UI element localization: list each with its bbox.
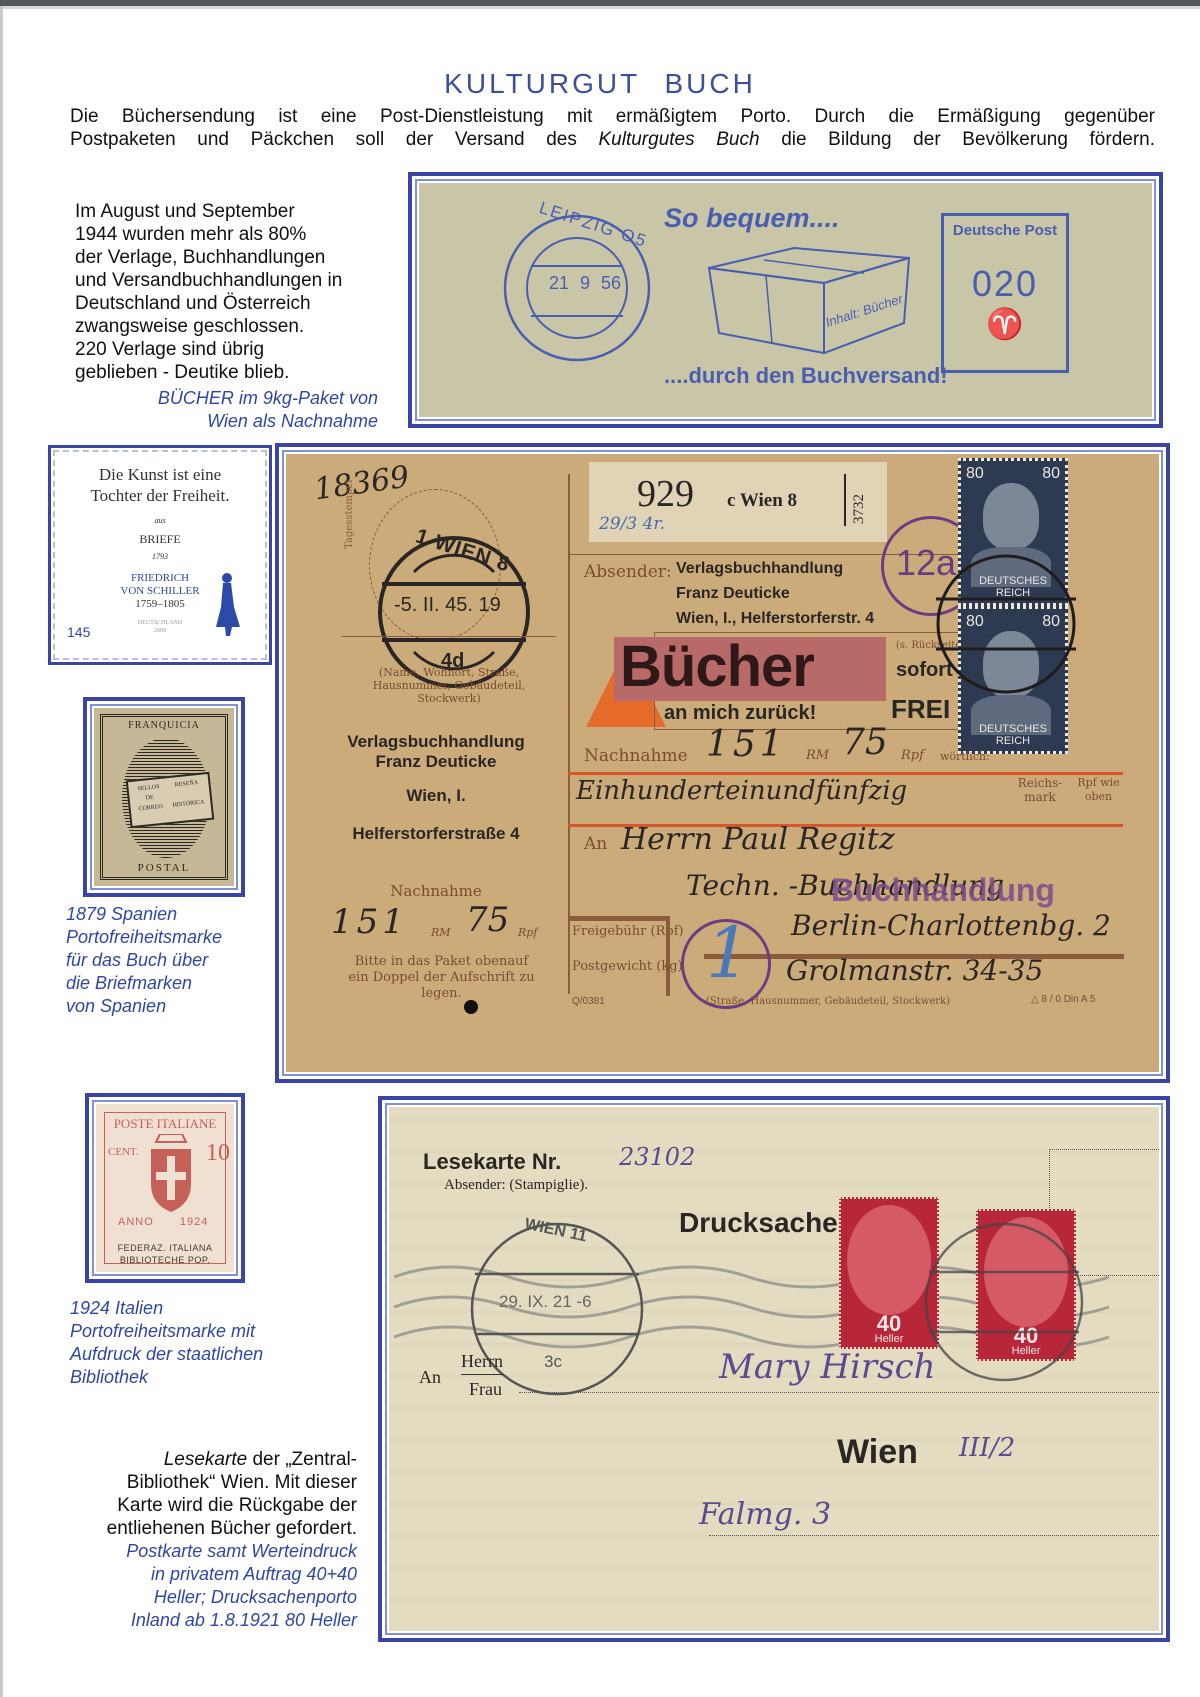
- slogan-bottom: ....durch den Buchversand!: [664, 363, 948, 389]
- buecher-label: Bücher: [614, 637, 886, 701]
- anno: ANNO: [118, 1216, 154, 1228]
- intro-line-2-b: die Bildung der Bevölkerung fördern.: [760, 129, 1155, 150]
- caption-line: Bibliothek: [70, 1366, 320, 1389]
- handwritten-number: 18369: [312, 460, 411, 508]
- caption-line: in privatem Auftrag 40+40: [65, 1563, 357, 1586]
- absender-block: Verlagsbuchhandlung Franz Deuticke Wien,…: [676, 556, 874, 631]
- sender-block: Verlagsbuchhandlung Franz Deuticke Wien,…: [316, 732, 556, 844]
- italy-overprint: FEDERAZ. ITALIANA BIBLIOTECHE POP.: [96, 1242, 234, 1266]
- lesekarte-title: Lesekarte Nr.: [423, 1149, 561, 1175]
- district-hand: III/2: [959, 1433, 1015, 1463]
- scan-top-shadow: [0, 6, 1200, 9]
- note-line: Karte wird die Rückgabe der: [65, 1494, 357, 1517]
- rm-label: RM: [431, 926, 451, 939]
- caption-line: Inland ab 1.8.1921 80 Heller: [65, 1609, 357, 1632]
- stamp-country: DEUTSCHES REICH: [961, 723, 1065, 747]
- label-divider: [844, 474, 846, 526]
- rpf-label: Rpf: [518, 926, 537, 939]
- italy-cent: CENT.: [108, 1146, 139, 1158]
- buchhandlung-stamp: Buchhandlung: [831, 872, 1055, 909]
- caption-line: BÜCHER im 9kg-Paket von: [60, 387, 378, 410]
- wien11-postmark-date: 29. IX. 21 -6: [499, 1292, 592, 1312]
- meter-value: 020: [944, 263, 1066, 305]
- spain-top: FRANQUICIA: [94, 720, 234, 731]
- parcel-note: Bitte in das Paket obenauf ein Doppel de…: [324, 954, 559, 1002]
- nachnahme-row-rm: 151: [706, 724, 787, 765]
- note-text: der „Zentral-: [247, 1449, 357, 1470]
- lesekarte-card-frame: Lesekarte Nr. 23102 Absender: (Stampigli…: [378, 1096, 1170, 1642]
- absender-label: Absender: (Stampiglie).: [444, 1177, 588, 1194]
- overprint-line: BIBLIOTECHE POP.: [96, 1254, 234, 1266]
- note-line: zwangsweise geschlossen.: [75, 315, 385, 338]
- note-closures: Im August und September 1944 wurden mehr…: [75, 200, 385, 384]
- nachnahme-amount-rpf: 75: [466, 900, 509, 940]
- din-code: △ 8 / 0 Din A 5: [1031, 994, 1095, 1005]
- lesekarte-note: Lesekarte der „Zentral- Bibliothek“ Wien…: [65, 1448, 357, 1632]
- rpf-label-2: Rpf: [901, 748, 924, 763]
- woertlich-label: wörtlich:: [940, 750, 990, 763]
- recipient-line-4: Grolmanstr. 34-35: [786, 954, 1043, 987]
- divider: [341, 636, 556, 637]
- an-label: An: [584, 834, 607, 854]
- note-line: 220 Verlage sind übrig: [75, 338, 385, 361]
- rpf-wie-oben: Rpf wie oben: [1071, 776, 1126, 804]
- absender-line: Verlagsbuchhandlung: [676, 556, 874, 581]
- caption-line: Portofreiheitsmarke mit: [70, 1320, 320, 1343]
- schiller-year: 1793: [57, 552, 263, 561]
- intro-emphasis: Kulturgutes Buch: [599, 129, 760, 150]
- sender-line: Wien, I.: [316, 786, 556, 806]
- note-paket-caption: BÜCHER im 9kg-Paket von Wien als Nachnah…: [60, 387, 378, 433]
- caption-line: von Spanien: [66, 995, 286, 1018]
- lesekarte-emphasis: Lesekarte: [164, 1449, 247, 1470]
- note-line: Im August und September: [75, 200, 385, 223]
- sender-line: Verlagsbuchhandlung: [316, 732, 556, 752]
- an-label: An: [419, 1367, 441, 1388]
- note-line: geblieben - Deutike blieb.: [75, 361, 385, 384]
- schiller-aus: aus: [57, 516, 263, 525]
- caption-line: Heller; Drucksachenporto: [65, 1586, 357, 1609]
- absender-label: Absender:: [584, 562, 672, 582]
- wien-postmark-date: -5. II. 45. 19: [394, 594, 501, 617]
- frau-label: Frau: [469, 1379, 502, 1400]
- savoy-shield-icon: [146, 1134, 196, 1214]
- street-line: [709, 1535, 1159, 1536]
- zurueck: an mich zurück!: [664, 702, 816, 725]
- brown-rule: [568, 916, 668, 921]
- stamp-cancel-postmark-icon: [926, 549, 1086, 699]
- meter-card: LEIPZIG O5 21 9 56 So bequem.... Inhalt:…: [419, 183, 1152, 417]
- italy-stamp-frame: POSTE ITALIANE CENT. 10 ANNO 1924 FEDERA…: [85, 1093, 245, 1283]
- brown-vrule: [666, 916, 670, 996]
- sender-line: Franz Deuticke: [316, 752, 556, 772]
- sender-caption: (Name, Wohnort, Straße, Hausnummer, Gebä…: [344, 666, 554, 705]
- note-line: und Versandbuchhandlungen in: [75, 269, 385, 292]
- posthorn-icon: ♈: [944, 307, 1066, 342]
- caption-line: Aufdruck der staatlichen: [70, 1343, 320, 1366]
- nachnahme-row-label: Nachnahme: [584, 746, 688, 766]
- italy-caption: 1924 Italien Portofreiheitsmarke mit Auf…: [70, 1297, 320, 1389]
- schiller-stamp-frame: Die Kunst ist eine Tochter der Freiheit.…: [48, 445, 272, 665]
- caption-line: für das Buch über: [66, 949, 286, 972]
- stamp-value-right: 80: [1042, 465, 1060, 483]
- spain-caption: 1879 Spanien Portofreiheitsmarke für das…: [66, 903, 286, 1018]
- schiller-stamp: Die Kunst ist eine Tochter der Freiheit.…: [57, 454, 263, 656]
- label-side-number: 3732: [851, 494, 868, 524]
- form-code: Q/0381: [572, 996, 605, 1007]
- wien11-postmark-code: 3c: [544, 1352, 562, 1372]
- italy-anno: ANNO 1924: [106, 1216, 234, 1228]
- note-line: der Verlage, Buchhandlungen: [75, 246, 385, 269]
- nachnahme-label: Nachnahme: [316, 882, 556, 900]
- note-line: legen.: [324, 986, 559, 1002]
- stamp-value-left: 80: [966, 465, 984, 483]
- intro-line-1: Die Büchersendung ist eine Post-Dienstle…: [70, 105, 1155, 128]
- address-caption: (Straße, Hausnummer, Gebäudeteil, Stockw…: [706, 996, 950, 1007]
- recipient-line-3: Berlin-Charlottenbg. 2: [791, 909, 1111, 942]
- intro-text: Die Büchersendung ist eine Post-Dienstle…: [70, 105, 1155, 151]
- label-office: c Wien 8: [727, 490, 797, 512]
- schiller-quote: Die Kunst ist eine Tochter der Freiheit.: [57, 464, 263, 506]
- orange-rule: [568, 772, 1123, 775]
- note-line: ein Doppel der Aufschrift zu: [324, 970, 559, 986]
- nachnahme-amount-rm: 151: [331, 902, 408, 942]
- overprint-line: FEDERAZ. ITALIANA: [96, 1242, 234, 1254]
- buecher-text: Bücher: [620, 633, 814, 700]
- quote-line: Tochter der Freiheit.: [57, 485, 263, 506]
- spain-stamp-frame: FRANQUICIA SELLOS DE CORREO RESEÑA HISTÓ…: [83, 697, 245, 897]
- italy-top: POSTE ITALIANE: [96, 1116, 234, 1132]
- intro-line-2-a: Postpaketen und Päckchen soll der Versan…: [70, 129, 599, 150]
- note-line: 1944 wurden mehr als 80%: [75, 223, 385, 246]
- amount-words: Einhunderteinundfünfzig: [576, 776, 907, 806]
- year: 1924: [180, 1216, 208, 1228]
- caption-line: Postkarte samt Werteindruck: [65, 1540, 357, 1563]
- note-line: Lesekarte der „Zentral-: [65, 1448, 357, 1471]
- portrait-icon: [983, 483, 1039, 549]
- tagesstempel-label: Tagesstempel: [344, 480, 355, 549]
- caption-line: die Briefmarken: [66, 972, 286, 995]
- rm-label-2: RM: [806, 748, 829, 763]
- weight-number: 1: [706, 912, 751, 994]
- book-icon: SELLOS DE CORREO RESEÑA HISTÓRICA: [126, 772, 215, 829]
- slogan-top: So bequem....: [664, 203, 840, 234]
- city-label: Wien: [837, 1433, 918, 1472]
- intro-line-2: Postpaketen und Päckchen soll der Versan…: [70, 128, 1155, 151]
- absender-line: Franz Deuticke: [676, 581, 874, 606]
- drucksache-label: Drucksache.: [679, 1207, 846, 1239]
- note-line: Bibliothek“ Wien. Mit dieser: [65, 1471, 357, 1494]
- schiller-silhouette-icon: [212, 572, 242, 637]
- recipient-name: Mary Hirsch: [719, 1347, 936, 1387]
- parcel-card: 18369 Tagesstempel 1 WIEN 8 -5. II. 45. …: [286, 454, 1159, 1072]
- address-line: [519, 1392, 1159, 1393]
- label-number: 929: [637, 472, 694, 516]
- meter-box: Deutsche Post 020 ♈: [941, 213, 1069, 373]
- absender-line: Wien, I., Helferstorferstr. 4: [676, 606, 874, 631]
- note-line: Deutschland und Österreich: [75, 292, 385, 315]
- caption-line: 1924 Italien: [70, 1297, 320, 1320]
- caption-line: Wien als Nachnahme: [60, 410, 378, 433]
- spain-stamp: FRANQUICIA SELLOS DE CORREO RESEÑA HISTÓ…: [94, 708, 234, 886]
- caption-line: Portofreiheitsmarke: [66, 926, 286, 949]
- italy-stamp: POSTE ITALIANE CENT. 10 ANNO 1924 FEDERA…: [96, 1104, 234, 1272]
- street-hand: Falmg. 3: [699, 1497, 831, 1532]
- italy-value: 10: [206, 1140, 230, 1167]
- parcel-label-sticker: 929 c Wien 8 3732 29/3 4r.: [589, 462, 887, 542]
- nachnahme-row-rpf: 75: [842, 722, 888, 763]
- note-line: Bitte in das Paket obenauf: [324, 954, 559, 970]
- caption-line: 1879 Spanien: [66, 903, 286, 926]
- sender-line: Helferstorferstraße 4: [316, 824, 556, 844]
- stamp-cancel-icon: [919, 1217, 1089, 1387]
- recipient-name: Herrn Paul Regitz: [621, 822, 895, 857]
- meter-header: Deutsche Post: [944, 222, 1066, 239]
- quote-line: Die Kunst ist eine: [57, 464, 263, 485]
- herrn-label: Herrn: [461, 1351, 503, 1375]
- scan-left-edge: [0, 6, 3, 1697]
- parcel-card-frame: 18369 Tagesstempel 1 WIEN 8 -5. II. 45. …: [275, 443, 1170, 1083]
- spain-bottom: POSTAL: [94, 862, 234, 874]
- reichsmark-label: Reichs-mark: [1016, 776, 1064, 804]
- postgewicht-label: Postgewicht (kg): [572, 959, 683, 974]
- note-line: entliehenen Bücher gefordert.: [65, 1517, 357, 1540]
- lesekarte-number: 23102: [619, 1143, 695, 1171]
- label-handwriting: 29/3 4r.: [599, 514, 665, 534]
- meter-card-frame: LEIPZIG O5 21 9 56 So bequem.... Inhalt:…: [408, 172, 1163, 428]
- schiller-value: 145: [67, 624, 90, 640]
- page-title: KULTURGUT BUCH: [0, 68, 1200, 100]
- postmark-date: 21 9 56: [549, 273, 621, 294]
- schiller-work: BRIEFE: [57, 532, 263, 547]
- lesekarte-card: Lesekarte Nr. 23102 Absender: (Stampigli…: [389, 1107, 1159, 1631]
- punch-hole: [464, 1000, 478, 1014]
